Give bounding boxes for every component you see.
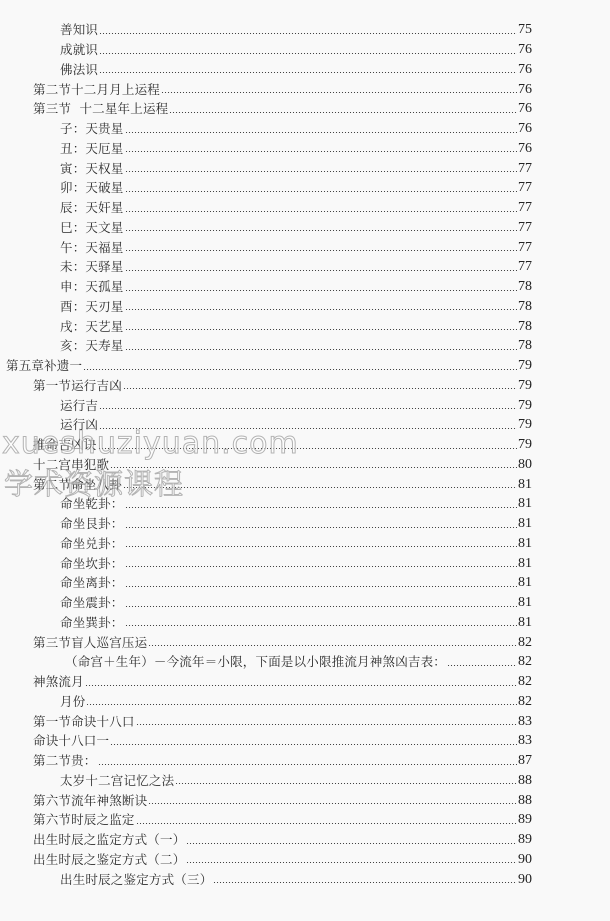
toc-entry-title: 寅：天权星 <box>60 159 124 178</box>
dot-leader <box>99 53 517 54</box>
toc-entry-page: 76 <box>518 119 532 138</box>
dot-leader <box>99 33 517 34</box>
toc-entry-title: 善知识 <box>60 20 98 39</box>
toc-entry-title: 命坐乾卦： <box>60 494 124 513</box>
dot-leader <box>99 428 517 429</box>
dot-leader <box>110 744 517 745</box>
toc-entry-title: 第三节 十二星年上运程 <box>33 99 168 118</box>
toc-entry-title: 申：天孤星 <box>60 277 124 296</box>
toc-entry-title: 第六节时辰之监定 <box>33 810 135 829</box>
toc-entry-title: 命诀十八口一 <box>33 731 109 750</box>
toc-entry-page: 76 <box>518 139 532 158</box>
toc-entry[interactable]: 第六节流年神煞断诀88 <box>0 790 532 810</box>
toc-entry-page: 78 <box>518 336 532 355</box>
toc-entry-page: 77 <box>518 198 532 217</box>
dot-leader <box>99 72 517 73</box>
toc-entry[interactable]: 命诀十八口一83 <box>0 731 532 751</box>
toc-entry[interactable]: 第二节贵：87 <box>0 751 532 771</box>
toc-entry-title: 丑：天厄星 <box>60 139 124 158</box>
toc-entry[interactable]: 第二节命坐八卦81 <box>0 474 532 494</box>
table-of-contents: 善知识75 成就识76 佛法识76 第二节十二月月上运程76 第三节 十二星年上… <box>0 20 610 889</box>
toc-entry[interactable]: 丑：天厄星76 <box>0 139 532 159</box>
toc-entry-page: 90 <box>518 870 532 889</box>
toc-entry-title: 子：天贵星 <box>60 119 124 138</box>
dot-leader <box>125 586 517 587</box>
dot-leader <box>213 882 517 883</box>
dot-leader <box>125 290 517 291</box>
toc-entry-title: 第二节贵： <box>33 751 97 770</box>
toc-entry-title: 太岁十二宫记忆之法 <box>60 771 174 790</box>
toc-entry[interactable]: 善知识75 <box>0 20 532 40</box>
toc-entry-page: 89 <box>518 810 532 829</box>
toc-entry-page: 82 <box>518 672 532 691</box>
toc-entry-title: 命坐震卦： <box>60 593 124 612</box>
toc-entry-title: 运行吉 <box>60 396 98 415</box>
toc-entry[interactable]: 巳：天文星77 <box>0 218 532 238</box>
dot-leader <box>125 329 517 330</box>
dot-leader <box>148 803 517 804</box>
toc-entry[interactable]: 酉：天刃星78 <box>0 297 532 317</box>
toc-entry-page: 88 <box>518 791 532 810</box>
toc-entry[interactable]: 亥：天寿星78 <box>0 336 532 356</box>
toc-entry-page: 79 <box>518 356 532 375</box>
dot-leader <box>125 625 517 626</box>
toc-entry-title: 命坐巽卦： <box>60 613 124 632</box>
toc-entry[interactable]: 运行凶79 <box>0 415 532 435</box>
toc-entry[interactable]: 未：天驿星77 <box>0 257 532 277</box>
toc-entry[interactable]: 命坐兑卦：81 <box>0 534 532 554</box>
toc-entry-title: 命坐艮卦： <box>60 514 124 533</box>
toc-entry[interactable]: （命宫＋生年）－今流年＝小限，下面是以小限推流月神煞凶吉表：82 <box>0 652 532 672</box>
dot-leader <box>125 309 517 310</box>
toc-entry-title: 命坐离卦： <box>60 573 124 592</box>
dot-leader <box>125 211 517 212</box>
toc-entry-title: 出生时辰之监定方式（一） <box>33 830 185 849</box>
toc-entry-page: 76 <box>518 40 532 59</box>
toc-entry[interactable]: 命坐坎卦：81 <box>0 553 532 573</box>
toc-entry-page: 76 <box>518 99 532 118</box>
toc-entry[interactable]: 佛法识76 <box>0 60 532 80</box>
toc-entry-page: 83 <box>518 712 532 731</box>
toc-entry[interactable]: 申：天孤星78 <box>0 277 532 297</box>
dot-leader <box>125 171 517 172</box>
dot-leader <box>125 250 517 251</box>
toc-entry-page: 80 <box>518 455 532 474</box>
toc-entry[interactable]: 第二节十二月月上运程76 <box>0 79 532 99</box>
toc-entry-title: 出生时辰之鉴定方式（二） <box>33 850 185 869</box>
toc-entry-page: 77 <box>518 178 532 197</box>
toc-entry[interactable]: 辰：天奸星77 <box>0 198 532 218</box>
toc-entry[interactable]: 出生时辰之监定方式（一）89 <box>0 830 532 850</box>
toc-entry-page: 79 <box>518 396 532 415</box>
dot-leader <box>125 527 517 528</box>
dot-leader <box>110 467 517 468</box>
toc-entry[interactable]: 卯：天破星77 <box>0 178 532 198</box>
dot-leader <box>125 270 517 271</box>
toc-entry-page: 82 <box>518 633 532 652</box>
dot-leader <box>86 704 517 705</box>
toc-entry-page: 78 <box>518 277 532 296</box>
toc-entry[interactable]: 第三节盲人巡宫压运82 <box>0 632 532 652</box>
toc-entry-page: 77 <box>518 218 532 237</box>
toc-entry-chapter[interactable]: 第五章补遗一79 <box>0 356 532 376</box>
toc-entry[interactable]: 出生时辰之鉴定方式（三）90 <box>0 869 532 889</box>
dot-leader <box>123 487 517 488</box>
dot-leader <box>125 230 517 231</box>
toc-entry-title: 第五章补遗一 <box>6 356 82 375</box>
toc-entry-page: 87 <box>518 751 532 770</box>
dot-leader <box>85 685 517 686</box>
dot-leader <box>125 349 517 350</box>
toc-entry-title: 亥：天寿星 <box>60 336 124 355</box>
toc-entry-page: 79 <box>518 415 532 434</box>
toc-entry-title: 十二宫串犯歌 <box>33 455 109 474</box>
toc-entry-title: 出生时辰之鉴定方式（三） <box>60 870 212 889</box>
dot-leader <box>175 783 517 784</box>
toc-entry-title: 巳：天文星 <box>60 218 124 237</box>
toc-entry-page: 75 <box>518 20 532 39</box>
toc-entry[interactable]: 第六节时辰之监定89 <box>0 810 532 830</box>
toc-entry[interactable]: 第一节命诀十八口83 <box>0 711 532 731</box>
toc-entry[interactable]: 第一节运行吉凶79 <box>0 376 532 396</box>
toc-entry-page: 82 <box>518 692 532 711</box>
toc-entry[interactable]: 出生时辰之鉴定方式（二）90 <box>0 850 532 870</box>
toc-entry-title: 卯：天破星 <box>60 178 124 197</box>
toc-entry-page: 81 <box>518 593 532 612</box>
toc-entry-page: 78 <box>518 317 532 336</box>
toc-entry-page: 78 <box>518 297 532 316</box>
toc-entry-page: 82 <box>518 652 532 671</box>
dot-leader <box>447 665 517 666</box>
dot-leader <box>123 388 517 389</box>
dot-leader <box>136 823 517 824</box>
toc-entry-title: 午：天福星 <box>60 238 124 257</box>
toc-entry-title: 佛法识 <box>60 60 98 79</box>
toc-entry[interactable]: 午：天福星77 <box>0 237 532 257</box>
dot-leader <box>186 843 517 844</box>
toc-entry-page: 81 <box>518 475 532 494</box>
toc-entry-title: 第二节十二月月上运程 <box>33 80 160 99</box>
toc-entry-page: 90 <box>518 850 532 869</box>
toc-entry-title: 成就识 <box>60 40 98 59</box>
toc-entry-page: 81 <box>518 613 532 632</box>
toc-entry-page: 77 <box>518 159 532 178</box>
toc-entry-page: 76 <box>518 60 532 79</box>
toc-entry-page: 81 <box>518 514 532 533</box>
dot-leader <box>148 645 517 646</box>
toc-entry[interactable]: 命坐乾卦：81 <box>0 494 532 514</box>
toc-entry-title: 第二节命坐八卦 <box>33 475 122 494</box>
toc-entry-title: 未：天驿星 <box>60 257 124 276</box>
toc-entry-title: 命坐兑卦： <box>60 534 124 553</box>
toc-entry-title: 第一节运行吉凶 <box>33 376 122 395</box>
toc-entry[interactable]: 命坐离卦：81 <box>0 573 532 593</box>
toc-entry-page: 89 <box>518 830 532 849</box>
toc-entry-title: 神煞流月 <box>33 672 84 691</box>
dot-leader <box>136 724 517 725</box>
toc-entry-title: 命坐坎卦： <box>60 554 124 573</box>
dot-leader <box>169 112 517 113</box>
toc-entry[interactable]: 运行吉79 <box>0 395 532 415</box>
toc-entry-title: 月份 <box>60 692 85 711</box>
dot-leader <box>125 546 517 547</box>
dot-leader <box>125 507 517 508</box>
toc-entry-page: 81 <box>518 494 532 513</box>
dot-leader <box>99 408 517 409</box>
toc-entry-title: 第六节流年神煞断诀 <box>33 791 147 810</box>
toc-entry[interactable]: 神煞流月82 <box>0 672 532 692</box>
dot-leader <box>161 92 517 93</box>
toc-entry-title: （命宫＋生年）－今流年＝小限，下面是以小限推流月神煞凶吉表： <box>65 652 446 671</box>
dot-leader <box>98 448 517 449</box>
toc-entry[interactable]: 命坐巽卦：81 <box>0 613 532 633</box>
toc-entry-title: 戌：天艺星 <box>60 317 124 336</box>
toc-entry-title: 推命吉凶诀 <box>33 435 97 454</box>
toc-entry[interactable]: 月份82 <box>0 692 532 712</box>
dot-leader <box>83 369 517 370</box>
toc-entry[interactable]: 命坐艮卦：81 <box>0 514 532 534</box>
toc-entry-page: 79 <box>518 376 532 395</box>
dot-leader <box>125 132 517 133</box>
dot-leader <box>125 566 517 567</box>
toc-entry-title: 辰：天奸星 <box>60 198 124 217</box>
dot-leader <box>186 862 517 863</box>
dot-leader <box>125 151 517 152</box>
toc-entry-page: 83 <box>518 731 532 750</box>
toc-entry-page: 77 <box>518 257 532 276</box>
toc-entry[interactable]: 太岁十二宫记忆之法88 <box>0 771 532 791</box>
toc-entry-page: 81 <box>518 534 532 553</box>
toc-entry[interactable]: 命坐震卦：81 <box>0 593 532 613</box>
toc-entry[interactable]: 推命吉凶诀79 <box>0 435 532 455</box>
toc-entry-page: 77 <box>518 238 532 257</box>
toc-entry-title: 运行凶 <box>60 415 98 434</box>
dot-leader <box>125 191 517 192</box>
toc-entry[interactable]: 戌：天艺星78 <box>0 316 532 336</box>
toc-entry[interactable]: 成就识76 <box>0 40 532 60</box>
toc-entry-page: 79 <box>518 435 532 454</box>
dot-leader <box>125 606 517 607</box>
toc-entry-page: 88 <box>518 771 532 790</box>
toc-entry-title: 第一节命诀十八口 <box>33 712 135 731</box>
toc-entry-page: 81 <box>518 573 532 592</box>
toc-entry-page: 76 <box>518 80 532 99</box>
toc-entry[interactable]: 十二宫串犯歌80 <box>0 455 532 475</box>
toc-entry[interactable]: 第三节 十二星年上运程76 <box>0 99 532 119</box>
toc-entry-page: 81 <box>518 554 532 573</box>
toc-entry[interactable]: 子：天贵星76 <box>0 119 532 139</box>
toc-entry-title: 第三节盲人巡宫压运 <box>33 633 147 652</box>
dot-leader <box>98 764 517 765</box>
toc-entry[interactable]: 寅：天权星77 <box>0 158 532 178</box>
toc-entry-title: 酉：天刃星 <box>60 297 124 316</box>
